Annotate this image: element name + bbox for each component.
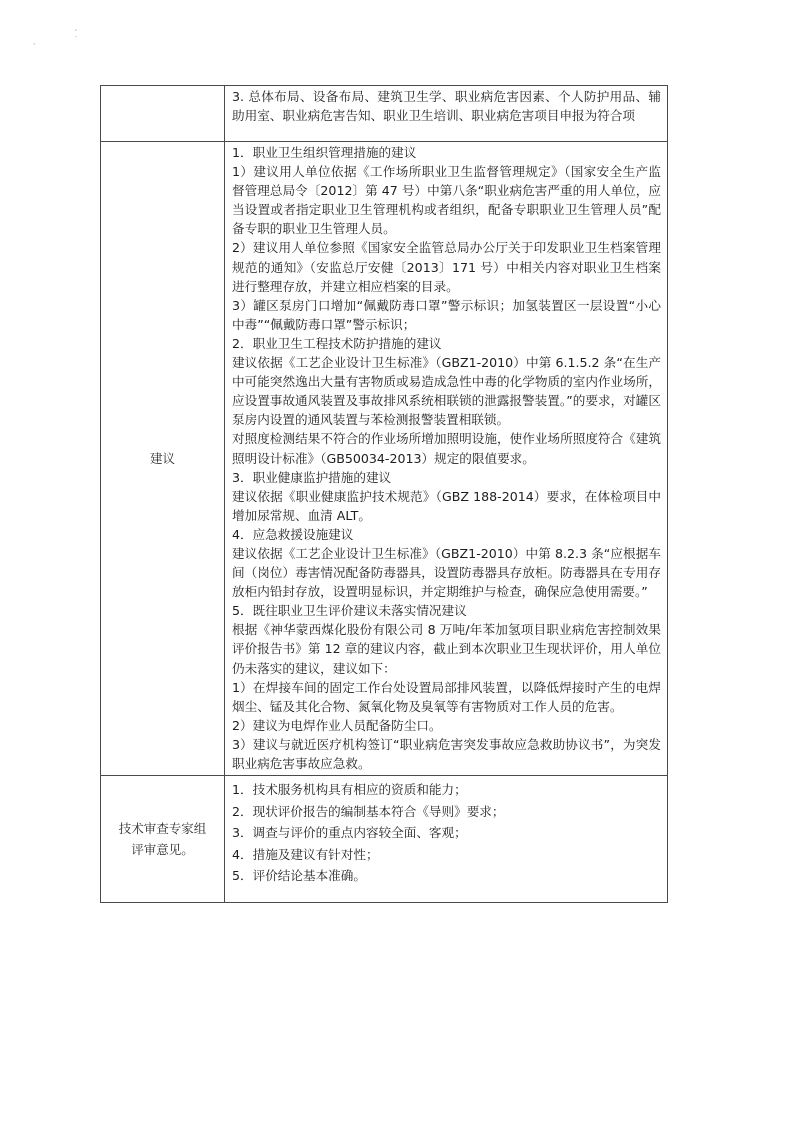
paragraph: 建议依据《工艺企业设计卫生标准》（GBZ1-2010）中第 8.2.3 条“应根… bbox=[232, 544, 661, 601]
row-label-suggestions: 建议 bbox=[101, 142, 225, 776]
section-heading: 3．职业健康监护措施的建议 bbox=[232, 468, 661, 487]
scan-mark: · bbox=[75, 32, 77, 42]
review-item: 4．措施及建议有针对性； bbox=[232, 844, 661, 866]
row-content-expert-review: 1．技术服务机构具有相应的资质和能力； 2．现状评价报告的编制基本符合《导则》要… bbox=[225, 776, 668, 903]
paragraph: 根据《神华蒙西煤化股份有限公司 8 万吨/年苯加氢项目职业病危害控制效果评价报告… bbox=[232, 620, 661, 677]
row-label-expert-review: 技术审查专家组 评审意见。 bbox=[101, 776, 225, 903]
scan-mark: ¸ bbox=[74, 22, 78, 32]
scan-mark: ﾞ bbox=[33, 42, 37, 52]
table-row-expert-review: 技术审查专家组 评审意见。 1．技术服务机构具有相应的资质和能力； 2．现状评价… bbox=[101, 776, 668, 903]
review-table: 3. 总体布局、设备布局、建筑卫生学、职业病危害因素、个人防护用品、辅助用室、职… bbox=[100, 85, 668, 903]
paragraph: 1）建议用人单位依据《工作场所职业卫生监督管理规定》（国家安全生产监督管理总局令… bbox=[232, 162, 661, 238]
review-item: 5．评价结论基本准确。 bbox=[232, 865, 661, 887]
paragraph: 3. 总体布局、设备布局、建筑卫生学、职业病危害因素、个人防护用品、辅助用室、职… bbox=[232, 87, 661, 125]
review-item: 1．技术服务机构具有相应的资质和能力； bbox=[232, 779, 661, 801]
paragraph: 2）建议为电焊作业人员配备防尘口。 bbox=[232, 716, 661, 735]
review-item: 2．现状评价报告的编制基本符合《导则》要求； bbox=[232, 801, 661, 823]
review-item: 3．调查与评价的重点内容较全面、客观； bbox=[232, 822, 661, 844]
row-content: 3. 总体布局、设备布局、建筑卫生学、职业病危害因素、个人防护用品、辅助用室、职… bbox=[225, 86, 668, 142]
section-heading: 2．职业卫生工程技术防护措施的建议 bbox=[232, 334, 661, 353]
label-line: 技术审查专家组 bbox=[101, 818, 224, 839]
table-row-suggestions: 建议 1．职业卫生组织管理措施的建议 1）建议用人单位依据《工作场所职业卫生监督… bbox=[101, 142, 668, 776]
paragraph: 3）建议与就近医疗机构签订“职业病危害突发事故应急救助协议书”，为突发职业病危害… bbox=[232, 735, 661, 773]
paragraph: 2）建议用人单位参照《国家安全监管总局办公厅关于印发职业卫生档案管理规范的通知》… bbox=[232, 238, 661, 295]
paragraph: 1）在焊接车间的固定工作台处设置局部排风装置，以降低焊接时产生的电焊烟尘、锰及其… bbox=[232, 678, 661, 716]
paragraph: 建议依据《职业健康监护技术规范》（GBZ 188-2014）要求，在体检项目中增… bbox=[232, 487, 661, 525]
row-label bbox=[101, 86, 225, 142]
table-row-compliance: 3. 总体布局、设备布局、建筑卫生学、职业病危害因素、个人防护用品、辅助用室、职… bbox=[101, 86, 668, 142]
section-heading: 4．应急救援设施建议 bbox=[232, 525, 661, 544]
label-line: 评审意见。 bbox=[101, 839, 224, 860]
paragraph: 对照度检测结果不符合的作业场所增加照明设施，使作业场所照度符合《建筑照明设计标准… bbox=[232, 429, 661, 467]
section-heading: 1．职业卫生组织管理措施的建议 bbox=[232, 143, 661, 162]
paragraph: 建议依据《工艺企业设计卫生标准》（GBZ1-2010）中第 6.1.5.2 条“… bbox=[232, 353, 661, 429]
row-content-suggestions: 1．职业卫生组织管理措施的建议 1）建议用人单位依据《工作场所职业卫生监督管理规… bbox=[225, 142, 668, 776]
paragraph: 3）罐区泵房门口增加“佩戴防毒口罩”警示标识；加氢装置区一层设置“小心中毒”“佩… bbox=[232, 296, 661, 334]
section-heading: 5．既往职业卫生评价建议未落实情况建议 bbox=[232, 601, 661, 620]
